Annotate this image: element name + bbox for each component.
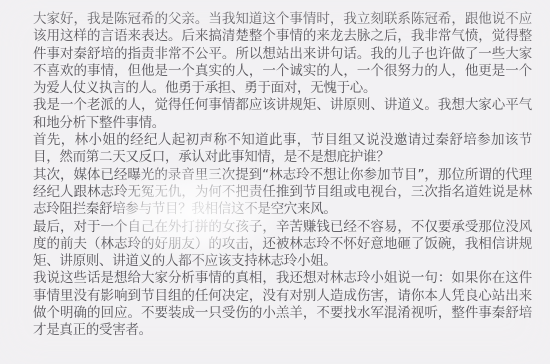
statement-text-block: 大家好，我是陈冠希的父亲。当我知道这个事情时，我立刻联系陈冠希，跟他说不应该用这… — [33, 11, 532, 340]
statement-image: 大家好，我是陈冠希的父亲。当我知道这个事情时，我立刻联系陈冠希，跟他说不应该用这… — [0, 0, 550, 364]
statement-paragraph-6: 我说这些话是想给大家分析事情的真相，我还想对林志玲小姐说一句：如果你在这件事情里… — [33, 270, 532, 339]
statement-paragraph-3: 首先，林小姐的经纪人起初声称不知道此事，节目组又说没邀请过秦舒培参加该节目，然而… — [33, 132, 532, 167]
statement-paragraph-1: 大家好，我是陈冠希的父亲。当我知道这个事情时，我立刻联系陈冠希，跟他说不应该用这… — [33, 11, 532, 97]
statement-paragraph-4: 其次，媒体已经曝光的录音里三次提到“林志玲不想让你参加节目”，那位所谓的代理经纪… — [33, 167, 532, 219]
statement-paragraph-2: 我是一个老派的人，觉得任何事情都应该讲规矩、讲原则、讲道义。我想大家心平气和地分… — [33, 97, 532, 132]
statement-paragraph-5: 最后，对于一个自己在外打拼的女孩子，辛苦赚钱已经不容易，不仅要承受那位没风度的前… — [33, 219, 532, 271]
